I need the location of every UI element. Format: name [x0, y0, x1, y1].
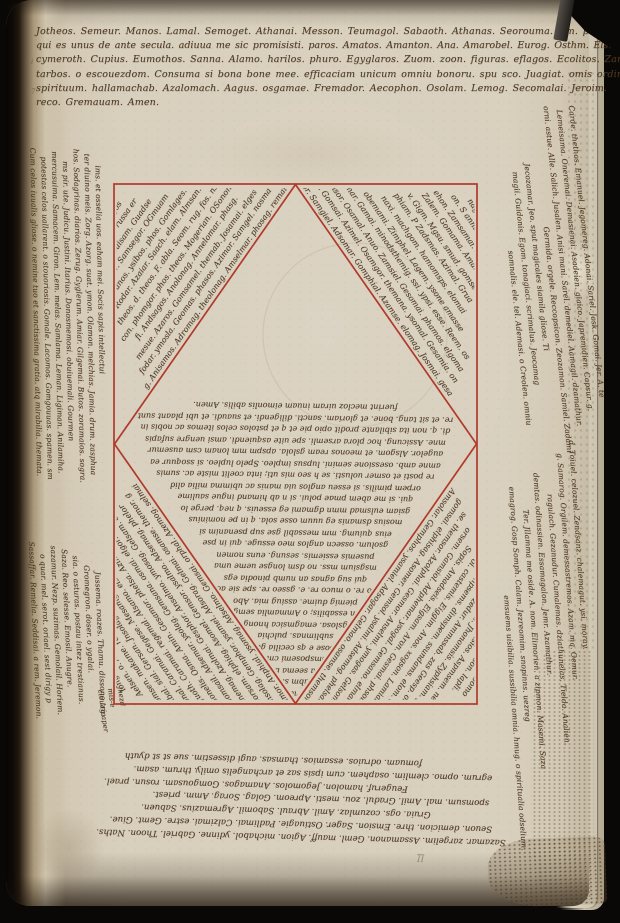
quire-mark: i — [31, 58, 37, 66]
text-line: tarbos. o escouezdom. Consuma si bona bo… — [36, 68, 581, 82]
quire-mark: 7 — [31, 88, 37, 96]
header-invocation-text: Jotheos. Semeur. Manos. Lamal. Semoget. … — [36, 25, 581, 110]
text-line: Jotheos. Semeur. Manos. Lamal. Semoget. … — [36, 25, 581, 39]
manuscript-photo: Jotheos. Semeur. Manos. Lamal. Semoget. … — [0, 0, 620, 923]
left-margin-notes-upper: Cum celos iuualis gliose. o nemine tuo e… — [26, 146, 109, 484]
magic-diagram: el.pomgosnou. russa ernouisam. GuadseGr.… — [113, 183, 478, 705]
text-line: cymeroth. Cupius. Eumothos. Sanna. Alamo… — [36, 53, 581, 67]
text-line: qui es unus de ante secula. adiuua me si… — [36, 39, 581, 53]
folio-mark: II — [417, 854, 425, 865]
text-line: spirituum. hallamachab. Azalomach. Aagus… — [36, 82, 581, 96]
text-line: reco. Gremauam. Amen. — [36, 96, 581, 110]
bottom-inverted-text: fomuam. odruios. essamios. thamsas. augi… — [60, 753, 542, 843]
